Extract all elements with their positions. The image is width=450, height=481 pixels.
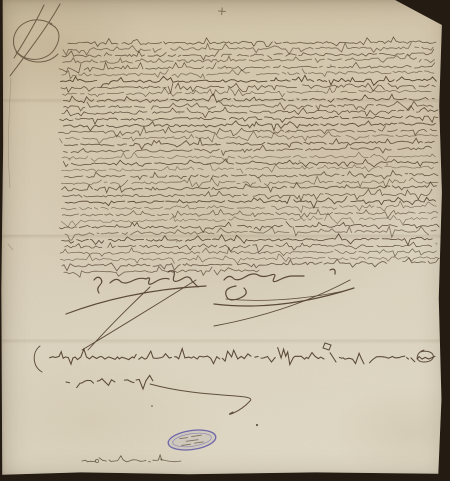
ink-speck bbox=[176, 241, 178, 243]
ink-speck bbox=[317, 89, 318, 90]
ink-speck bbox=[179, 113, 180, 114]
parchment-sheet: + bbox=[0, 0, 450, 481]
ink-speck bbox=[368, 138, 369, 139]
manuscript-ink-layer: + bbox=[0, 0, 450, 481]
ink-speck bbox=[386, 163, 388, 165]
ink-speck bbox=[420, 175, 421, 176]
invocation-cross-icon: + bbox=[216, 4, 227, 19]
ink-speck bbox=[330, 64, 332, 66]
archival-photo-backdrop: + bbox=[0, 0, 450, 481]
ink-speck bbox=[264, 252, 266, 254]
ink-speck bbox=[287, 130, 289, 132]
ink-speck bbox=[68, 158, 70, 160]
ink-speck bbox=[215, 144, 217, 146]
ink-speck bbox=[435, 243, 437, 245]
ink-speck bbox=[299, 160, 301, 162]
ink-speck bbox=[229, 264, 230, 265]
